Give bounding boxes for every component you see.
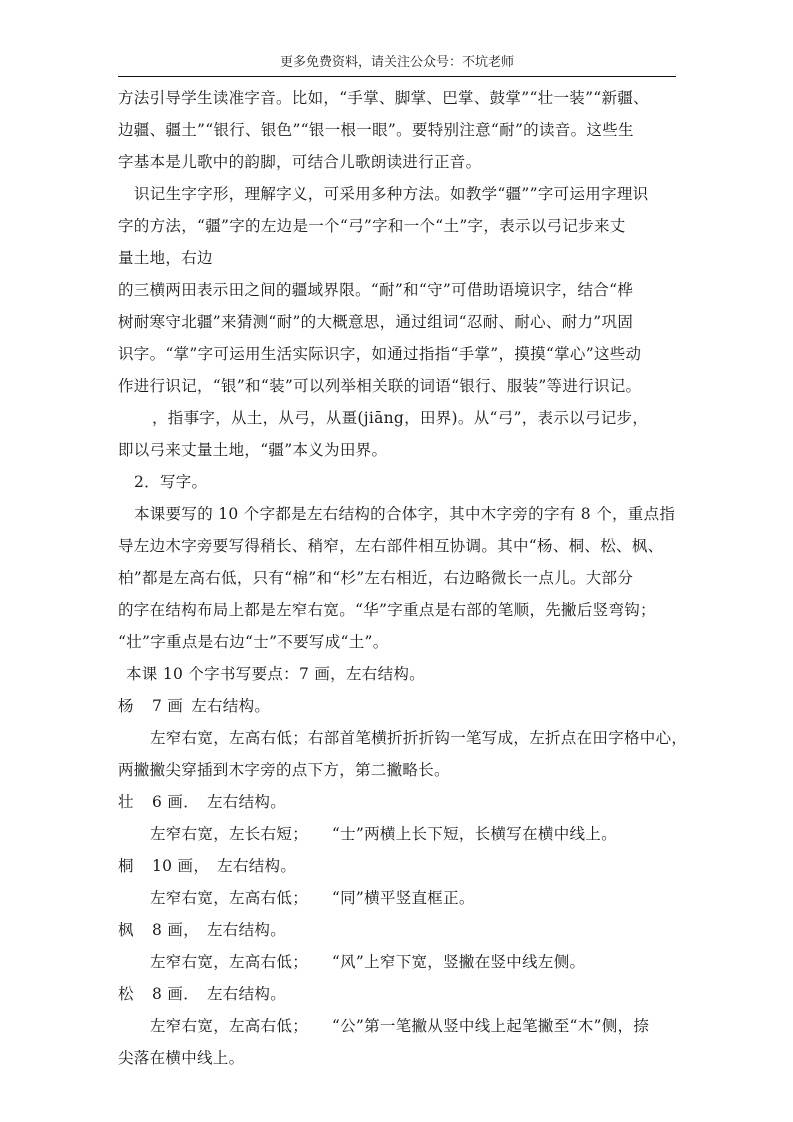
body-line: ，指事字，从土，从弓，从畺(jiāng，田界)。从“弓”，表示以弓记步，	[152, 407, 648, 429]
body-line: 本课 10 个字书写要点：7 画，左右结构。	[126, 663, 425, 685]
body-line: 边疆、疆土”“银行、银色”“银一根一眼”。要特别注意“耐”的读音。这些生	[118, 119, 634, 141]
character-entry-song: 松8 画．左右结构。	[118, 983, 286, 1005]
character-entry-yang: 杨7 画左右结构。	[118, 695, 270, 717]
character-note: 左窄右宽，左高右低； “公”第一笔撇从竖中线上起笔撇至“木”侧，捺	[150, 1015, 649, 1037]
page-header: 更多免费资料，请关注公众号：不坑老师	[118, 52, 676, 74]
body-line: 识记生字字形，理解字义，可采用多种方法。如教学“疆””字可运用字理识	[134, 183, 648, 205]
body-line: 作进行识记，“银”和“装”可以列举相关联的词语“银行、服装”等进行识记。	[118, 375, 641, 397]
character-glyph: 杨	[118, 695, 152, 717]
stroke-count: 8 画．	[152, 983, 199, 1005]
body-line: 本课要写的 10 个字都是左右结构的合体字，其中木字旁的字有 8 个，重点指	[134, 503, 675, 525]
body-line: 量土地，右边	[118, 247, 213, 269]
body-line: 树耐寒守北疆”来猜测“耐”的大概意思，通过组词“忍耐、耐心、耐力”巩固	[118, 311, 633, 333]
body-line: 的三横两田表示田之间的疆域界限。“耐”和“守”可借助语境识字，结合“桦	[118, 279, 633, 301]
structure-label: 左右结构。	[207, 985, 286, 1003]
body-line: “壮”字重点是右边“士”不要写成“土”。	[118, 631, 389, 653]
structure-label: 左右结构。	[191, 697, 270, 715]
character-glyph: 桐	[118, 855, 152, 877]
body-line: 柏”都是左高右低，只有“棉”和“杉”左右相近，右边略微长一点儿。大部分	[118, 567, 633, 589]
section-heading-writing: 2．写字。	[134, 471, 207, 493]
body-line: 即以弓来丈量土地，“疆”本义为田界。	[118, 439, 387, 461]
character-entry-feng: 枫8 画，左右结构。	[118, 919, 286, 941]
character-entry-zhuang: 壮6 画．左右结构。	[118, 791, 286, 813]
body-line: 字基本是儿歌中的韵脚，可结合儿歌朗读进行正音。	[118, 151, 481, 173]
body-line: 的字在结构布局上都是左窄右宽。“华”字重点是右部的笔顺，先撇后竖弯钩；	[118, 599, 656, 621]
stroke-count: 8 画，	[152, 919, 199, 941]
structure-label: 左右结构。	[207, 793, 286, 811]
character-note: 左窄右宽，左高右低； “风”上窄下宽，竖撇在竖中线左侧。	[150, 951, 585, 973]
character-note: 尖落在横中线上。	[118, 1047, 244, 1069]
character-glyph: 壮	[118, 791, 152, 813]
body-line: 方法引导学生读准字音。比如，“手掌、脚掌、巴掌、鼓掌”“壮一装”“新疆、	[118, 87, 649, 109]
character-note: 左窄右宽，左高右低；右部首笔横折折折钩一笔写成，左折点在田字格中心，	[150, 727, 687, 749]
structure-label: 左右结构。	[207, 921, 286, 939]
body-line: 字的方法，“疆”字的左边是一个“弓”字和一个“土”字，表示以弓记步来丈	[118, 215, 626, 237]
body-line: 导左边木字旁要写得稍长、稍窄，左右部件相互协调。其中“杨、桐、松、枫、	[118, 535, 663, 557]
stroke-count: 10 画，	[152, 855, 209, 877]
body-line: 识字。“掌”字可运用生活实际识字，如通过指指“手掌”，摸摸“掌心”这些动	[118, 343, 641, 365]
header-divider	[118, 76, 676, 77]
structure-label: 左右结构。	[217, 857, 296, 875]
character-note: 左窄右宽，左高右低； “同”横平竖直框正。	[150, 887, 475, 909]
character-note: 两撇撇尖穿插到木字旁的点下方，第二撇略长。	[118, 759, 450, 781]
character-entry-tong: 桐10 画，左右结构。	[118, 855, 296, 877]
character-glyph: 枫	[118, 919, 152, 941]
stroke-count: 7 画	[152, 695, 183, 717]
character-note: 左窄右宽，左长右短； “士”两横上长下短，长横写在横中线上。	[150, 823, 617, 845]
stroke-count: 6 画．	[152, 791, 199, 813]
character-glyph: 松	[118, 983, 152, 1005]
